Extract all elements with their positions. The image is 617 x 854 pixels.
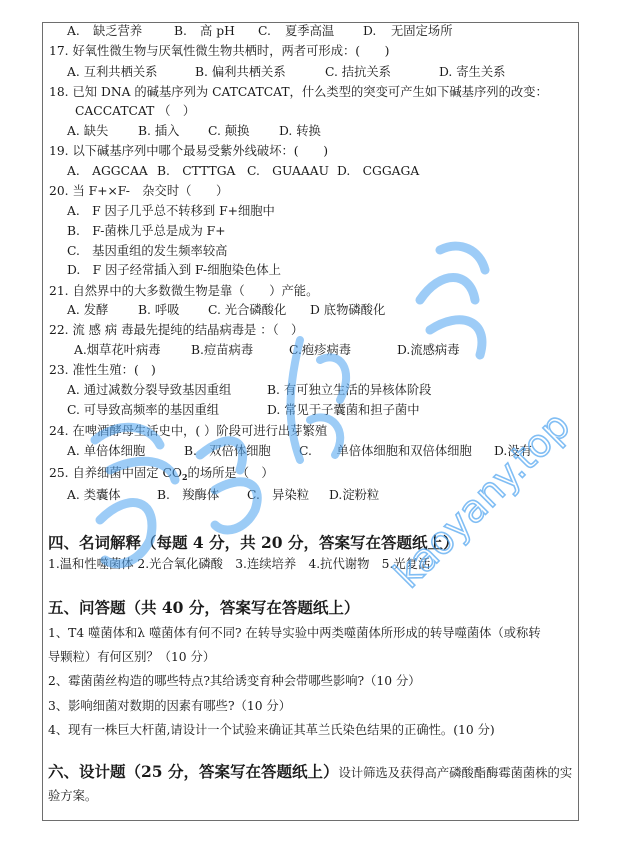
section-5-q2: 2、霉菌菌丝构造的哪些特点?其给诱变育种会带哪些影响?（10 分） xyxy=(48,673,421,689)
q25-stem: 25. 自养细菌中固定 CO2的场所是（ ） xyxy=(49,465,274,485)
option-d: D.淀粉粒 xyxy=(329,487,379,503)
option-d: D. 常见于子囊菌和担子菌中 xyxy=(267,402,420,418)
option-a: A.烟草花叶病毒 xyxy=(74,342,161,358)
section-5-heading: 五、问答题（共 40 分，答案写在答题纸上） xyxy=(48,598,359,618)
section-6-line1: 六、设计题（25 分，答案写在答题纸上）设计筛选及获得高产磷酸酯酶霉菌菌株的实 xyxy=(48,762,572,782)
option-a: A. AGGCAA xyxy=(67,163,148,179)
option-c: C.疱疹病毒 xyxy=(289,342,351,358)
q20-option-c: C. 基因重组的发生频率较高 xyxy=(67,243,227,259)
option-a: A. 单倍体细胞 xyxy=(67,443,145,459)
option-b: B. 插入 xyxy=(138,123,179,139)
option-a: A. 类囊体 xyxy=(67,487,121,503)
section-5-q1-line2: 导颗粒）有何区别？（10 分） xyxy=(48,649,215,665)
section-6-body: 设计筛选及获得高产磷酸酯酶霉菌菌株的实 xyxy=(338,766,572,780)
section-4-heading: 四、名词解释（每题 4 分，共 20 分，答案写在答题纸上） xyxy=(48,533,458,553)
option-label: B. xyxy=(174,23,187,39)
option-c: C. 异染粒 xyxy=(247,487,309,503)
option-d: D. CGGAGA xyxy=(337,163,419,179)
q18-stem-sequence: CACCATCAT （ ） xyxy=(75,103,195,119)
option-b: B. 呼吸 xyxy=(138,302,179,318)
q20-option-a: A. F 因子几乎总不转移到 F+细胞中 xyxy=(67,203,275,219)
option-text: 高 pH xyxy=(200,23,235,39)
option-b: B.痘苗病毒 xyxy=(191,342,253,358)
option-d: D.没有 xyxy=(494,443,532,459)
q19-stem: 19. 以下碱基序列中哪个最易受紫外线破坏：( ) xyxy=(49,143,328,159)
q20-stem: 20. 当 F+×F- 杂交时（ ） xyxy=(49,183,228,199)
option-c: C. 拮抗关系 xyxy=(325,64,391,80)
option-d: D. 寄生关系 xyxy=(439,64,505,80)
option-label: D. xyxy=(363,23,376,39)
option-b: B. 偏利共栖关系 xyxy=(195,64,286,80)
option-c: C. 单倍体细胞和双倍体细胞 xyxy=(299,443,472,459)
q23-stem: 23. 准性生殖：( ) xyxy=(49,362,156,378)
option-a: A. 通过减数分裂导致基因重组 xyxy=(67,382,231,398)
section-6-line2: 验方案。 xyxy=(48,788,97,804)
option-a: A. 发酵 xyxy=(67,302,108,318)
q25-stem-text-end: 的场所是（ ） xyxy=(188,466,274,480)
section-5-q3: 3、影响细菌对数期的因素有哪些?（10 分） xyxy=(48,698,291,714)
q22-stem: 22. 流 感 病 毒最先提纯的结晶病毒是 ：（ ） xyxy=(49,322,303,338)
option-c: C. 光合磷酸化 xyxy=(208,302,286,318)
option-b: B. 有可独立生活的异核体阶段 xyxy=(267,382,431,398)
option-d: D. 转换 xyxy=(279,123,321,139)
option-label: A. xyxy=(67,23,80,39)
q21-stem: 21. 自然界中的大多数微生物是靠（ ）产能。 xyxy=(49,283,318,299)
q17-stem: 17. 好氧性微生物与厌氧性微生物共栖时，两者可形成：( ) xyxy=(49,43,389,59)
option-text: 缺乏营养 xyxy=(93,23,142,39)
option-a: A. 缺失 xyxy=(67,123,108,139)
option-label: C. xyxy=(258,23,271,39)
section-4-terms: 1.温和性噬菌体 2.光合氧化磷酸 3.连续培养 4.抗代谢物 5.光复活 xyxy=(48,556,430,572)
q24-stem: 24. 在啤酒酵母生活史中，( ）阶段可进行出芽繁殖 xyxy=(49,423,327,439)
option-d: D.流感病毒 xyxy=(397,342,460,358)
q18-stem: 18. 已知 DNA 的碱基序列为 CATCATCAT，什么类型的突变可产生如下… xyxy=(49,84,548,100)
option-a: A. 互利共栖关系 xyxy=(67,64,157,80)
option-b: B. 羧酶体 xyxy=(157,487,219,503)
option-c: C. 颠换 xyxy=(208,123,249,139)
q25-stem-text: 25. 自养细菌中固定 CO xyxy=(49,466,182,480)
option-text: 无固定场所 xyxy=(391,23,453,39)
q20-option-b: B. F-菌株几乎总是成为 F+ xyxy=(67,223,226,239)
section-5-q4: 4、现有一株巨大杆菌,请设计一个试验来确证其革兰氏染色结果的正确性。(10 分) xyxy=(48,722,495,738)
option-b: B. CTTTGA xyxy=(157,163,235,179)
section-6-heading: 六、设计题（25 分，答案写在答题纸上） xyxy=(48,762,338,781)
option-d: D 底物磷酸化 xyxy=(310,302,385,318)
section-5-q1-line1: 1、T4 噬菌体和λ 噬菌体有何不同? 在转导实验中两类噬菌体所形成的转导噬菌体… xyxy=(48,625,541,641)
q20-option-d: D. F 因子经常插入到 F-细胞染色体上 xyxy=(67,262,281,278)
option-b: B. 双倍体细胞 xyxy=(184,443,271,459)
option-c: C. GUAAAU xyxy=(247,163,329,179)
option-c: C. 可导致高频率的基因重组 xyxy=(67,402,219,418)
option-text: 夏季高温 xyxy=(285,23,334,39)
